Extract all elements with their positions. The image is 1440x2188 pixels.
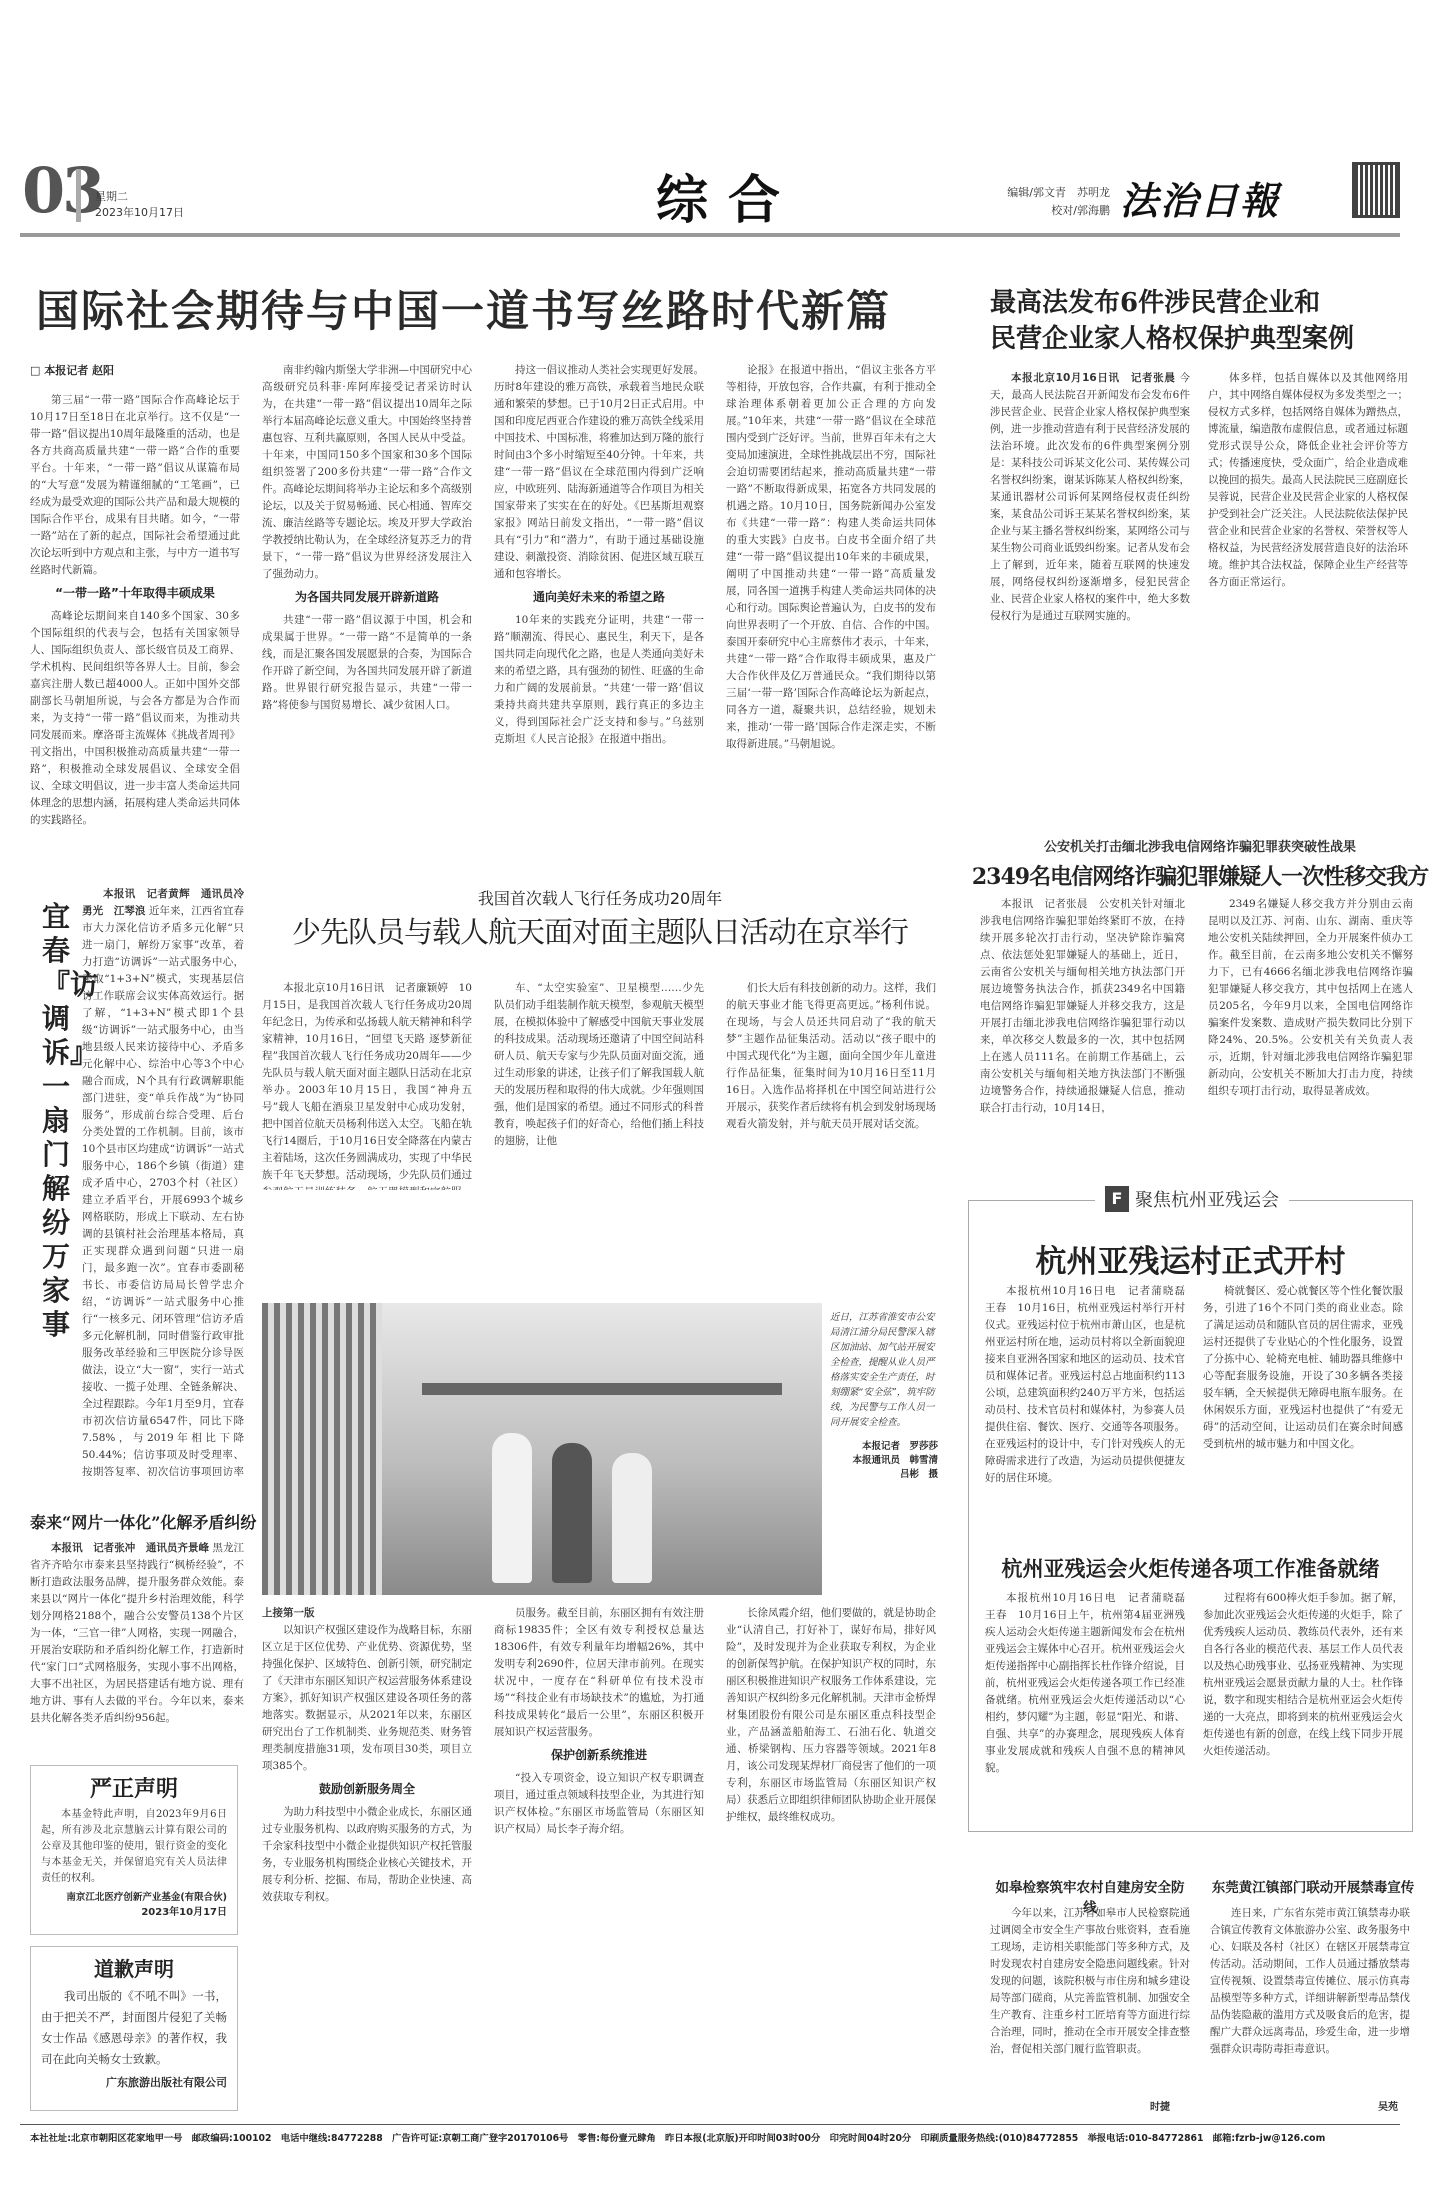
worker-figure	[552, 1443, 592, 1583]
tailai-body: 本报讯 记者张冲 通讯员齐景峰 黑龙江省齐齐哈尔市泰来县坚持践行“枫桥经验”，不…	[30, 1540, 244, 1728]
notice-date: 2023年10月17日	[41, 1903, 227, 1918]
space-column-1: 本报北京10月16日讯 记者廉颖婷 10月15日，是我国首次载人飞行任务成功20…	[262, 980, 472, 1190]
notice-body: 我司出版的《不吼不叫》一书，由于把关不严，封面图片侵犯了关畅女士作品《感恩母亲》…	[41, 1986, 227, 2070]
subheading: 保护创新系统推进	[494, 1747, 704, 1764]
lead-column-3: 持这一倡议推动人类社会实现更好发展。历时8年建设的雅万高铁，承载着当地民众联通和…	[494, 362, 704, 870]
photo-credit: 本报通讯员 韩雪清	[830, 1452, 938, 1466]
space-column-3: 们长大后有科技创新的动力。这样，我们的航天事业才能飞得更高更远。”杨利伟说。在现…	[726, 980, 936, 1190]
photo-credit: 本报记者 罗莎莎	[830, 1438, 938, 1452]
focus-f-icon: F	[1105, 1186, 1129, 1212]
hangzhou-story1-col1: 本报杭州10月16日电 记者蒲晓磊 王春 10月16日，杭州亚残运村举行开村仪式…	[985, 1283, 1185, 1543]
masthead: 03 星期二 2023年10月17日 综合 编辑/郭文青 苏明龙 校对/郭海鹏 …	[0, 140, 1440, 230]
fraud-kicker: 公安机关打击缅北涉我电信网络诈骗犯罪获突破性战果	[960, 836, 1440, 855]
tailai-byline: 本报讯 记者张冲 通讯员齐景峰	[51, 1542, 209, 1554]
lead-column-1: 第三届“一带一路”国际合作高峰论坛于10月17日至18日在北京举行。这不仅是“一…	[30, 392, 240, 870]
yichun-vertical-headline: 宜春『访调诉』一扇门解纷万家事	[42, 900, 72, 1342]
subheading: 鼓励创新服务周全	[262, 1781, 472, 1798]
news-photo	[262, 1303, 822, 1595]
notice-title: 严正声明	[41, 1772, 227, 1803]
continued-column-1: 上接第一版 以知识产权强区建设作为战略目标，东丽区立足于区位优势、产业优势、资源…	[262, 1605, 472, 2120]
section-title: 综合	[656, 158, 800, 233]
fraud-headline: 2349名电信网络诈骗犯罪嫌疑人一次性移交我方	[960, 860, 1440, 891]
hangzhou-story2-col2: 过程将有600棒火炬手参加。据了解，参加此次亚残运会火炬传递的火炬手，除了优秀残…	[1203, 1590, 1403, 1825]
subheading: “一带一路”十年取得丰硕成果	[30, 585, 240, 602]
pipework	[422, 1383, 782, 1395]
rugao-author: 时捷	[1150, 2098, 1170, 2113]
qr-code-icon	[1352, 162, 1400, 218]
hangzhou-label: F 聚焦杭州亚残运会	[1095, 1186, 1289, 1212]
fraud-column-1: 本报讯 记者张晨 公安机关针对缅北涉我电信网络诈骗犯罪始终紧盯不放，在持续开展多…	[980, 896, 1185, 1166]
space-headline: 少先队员与载人航天面对面主题队日活动在京举行	[262, 910, 938, 951]
lead-column-4: 论报》在报道中指出，“倡议主张各方平等相待，开放包容，合作共赢，有利于推动全球治…	[726, 362, 936, 870]
rugao-body: 今年以来，江苏省如皋市人民检察院通过调阅全市安全生产事故台账资料，查看施工现场，…	[990, 1905, 1190, 2113]
space-kicker: 我国首次载人飞行任务成功20周年	[262, 886, 938, 909]
paper-logo: 法治日報	[1120, 170, 1280, 225]
worker-figure	[492, 1433, 532, 1583]
photo-caption: 近日，江苏省淮安市公安局清江浦分局民警深入辖区加油站、加气站开展安全检查，提醒从…	[830, 1310, 938, 1480]
lead-headline: 国际社会期待与中国一道书写丝路时代新篇	[36, 278, 891, 339]
fraud-column-2: 2349名嫌疑人移交我方并分别由云南昆明以及江苏、河南、山东、湖南、重庆等地公安…	[1208, 896, 1413, 1166]
lead-column-2: 南非约翰内斯堡大学非洲—中国研究中心高级研究员科菲·库阿库接受记者采访时认为，在…	[262, 362, 472, 870]
notice-apology: 道歉声明 我司出版的《不吼不叫》一书，由于把关不严，封面图片侵犯了关畅女士作品《…	[30, 1946, 238, 2111]
notice-title: 道歉声明	[41, 1953, 227, 1982]
right-top-headline-1: 最高法发布6件涉民营企业和	[990, 282, 1320, 319]
footer-info: 本社社址:北京市朝阳区花家地甲一号 邮政编码:100102 电话中继线:8477…	[30, 2130, 1410, 2144]
hangzhou-headline-2: 杭州亚残运会火炬传递各项工作准备就绪	[968, 1553, 1413, 1583]
lead-byline: □ 本报记者 赵阳	[30, 362, 114, 378]
right-top-column-2: 体多样，包括自媒体以及其他网络用户，其中网络自媒体侵权为多发类型之一；侵权方式多…	[1208, 370, 1408, 858]
right-top-headline-2: 民营企业家人格权保护典型案例	[990, 318, 1354, 355]
masthead-rule	[20, 233, 1400, 237]
photo-credit: 吕彬 摄	[830, 1466, 938, 1480]
hangzhou-story2-col1: 本报杭州10月16日电 记者蒲晓磊 王春 10月16日上午，杭州第4届亚洲残疾人…	[985, 1590, 1185, 1825]
weekday: 星期二	[95, 188, 128, 204]
continued-column-3: 长徐凤霞介绍，他们要做的，就是协助企业“认清自己，打好补丁，谋好布局，排好风险”…	[726, 1605, 936, 2120]
jump-head: 上接第一版	[262, 1605, 472, 1622]
notice-body: 本基金特此声明，自2023年9月6日起，所有涉及北京慧脑云计算有限公司的公章及其…	[41, 1807, 227, 1887]
hangzhou-story1-col2: 椅就餐区、爱心就餐区等个性化餐饮服务，引进了16个不同门类的商业业态。除了满足运…	[1203, 1283, 1403, 1543]
subheading: 为各国共同发展开辟新道路	[262, 589, 472, 606]
dongguan-body: 连日来，广东省东莞市黄江镇禁毒办联合镇宣传教育文体旅游办公室、政务服务中心、妇联…	[1210, 1905, 1410, 2113]
notice-signer: 广东旅游出版社有限公司	[41, 2074, 227, 2090]
dongguan-headline: 东莞黄江镇部门联动开展禁毒宣传	[1208, 1876, 1418, 1896]
space-column-2: 车、“太空实验室”、卫星模型……少先队员们动手组装制作航天模型，参观航天模型展，…	[494, 980, 704, 1190]
notice-correction: 严正声明 本基金特此声明，自2023年9月6日起，所有涉及北京慧脑云计算有限公司…	[30, 1765, 238, 1935]
issue-date: 2023年10月17日	[95, 204, 184, 220]
right-top-column-1: 本报北京10月16日讯 记者张晨 今天，最高人民法院召开新闻发布会发布6件涉民营…	[990, 370, 1190, 858]
yichun-body: 本报讯 记者黄辉 通讯员冷勇光 江琴浪 近年来，江西省宜春市大力深化信访矛盾多元…	[82, 886, 244, 1476]
continued-column-2: 员服务。截至目前，东丽区拥有有效注册商标19835件；全区有效专利授权总量达18…	[494, 1605, 704, 2120]
dongguan-author: 吴苑	[1378, 2098, 1398, 2113]
dateline: 本报北京10月16日讯 记者张晨	[1011, 372, 1175, 384]
subheading: 通向美好未来的希望之路	[494, 589, 704, 606]
tailai-headline: 泰来“网片一体化”化解矛盾纠纷	[30, 1510, 256, 1533]
worker-figure	[612, 1453, 652, 1583]
footer-rule	[20, 2124, 1400, 2125]
editors: 编辑/郭文青 苏明龙	[960, 184, 1110, 200]
page-number: 03	[22, 160, 102, 222]
proofreader: 校对/郭海鹏	[960, 202, 1110, 218]
page-number-bar	[76, 169, 81, 222]
hangzhou-headline-1: 杭州亚残运村正式开村	[968, 1236, 1413, 1281]
storage-tank	[262, 1303, 382, 1595]
notice-signer: 南京江北医疗创新产业基金(有限合伙)	[41, 1889, 227, 1903]
